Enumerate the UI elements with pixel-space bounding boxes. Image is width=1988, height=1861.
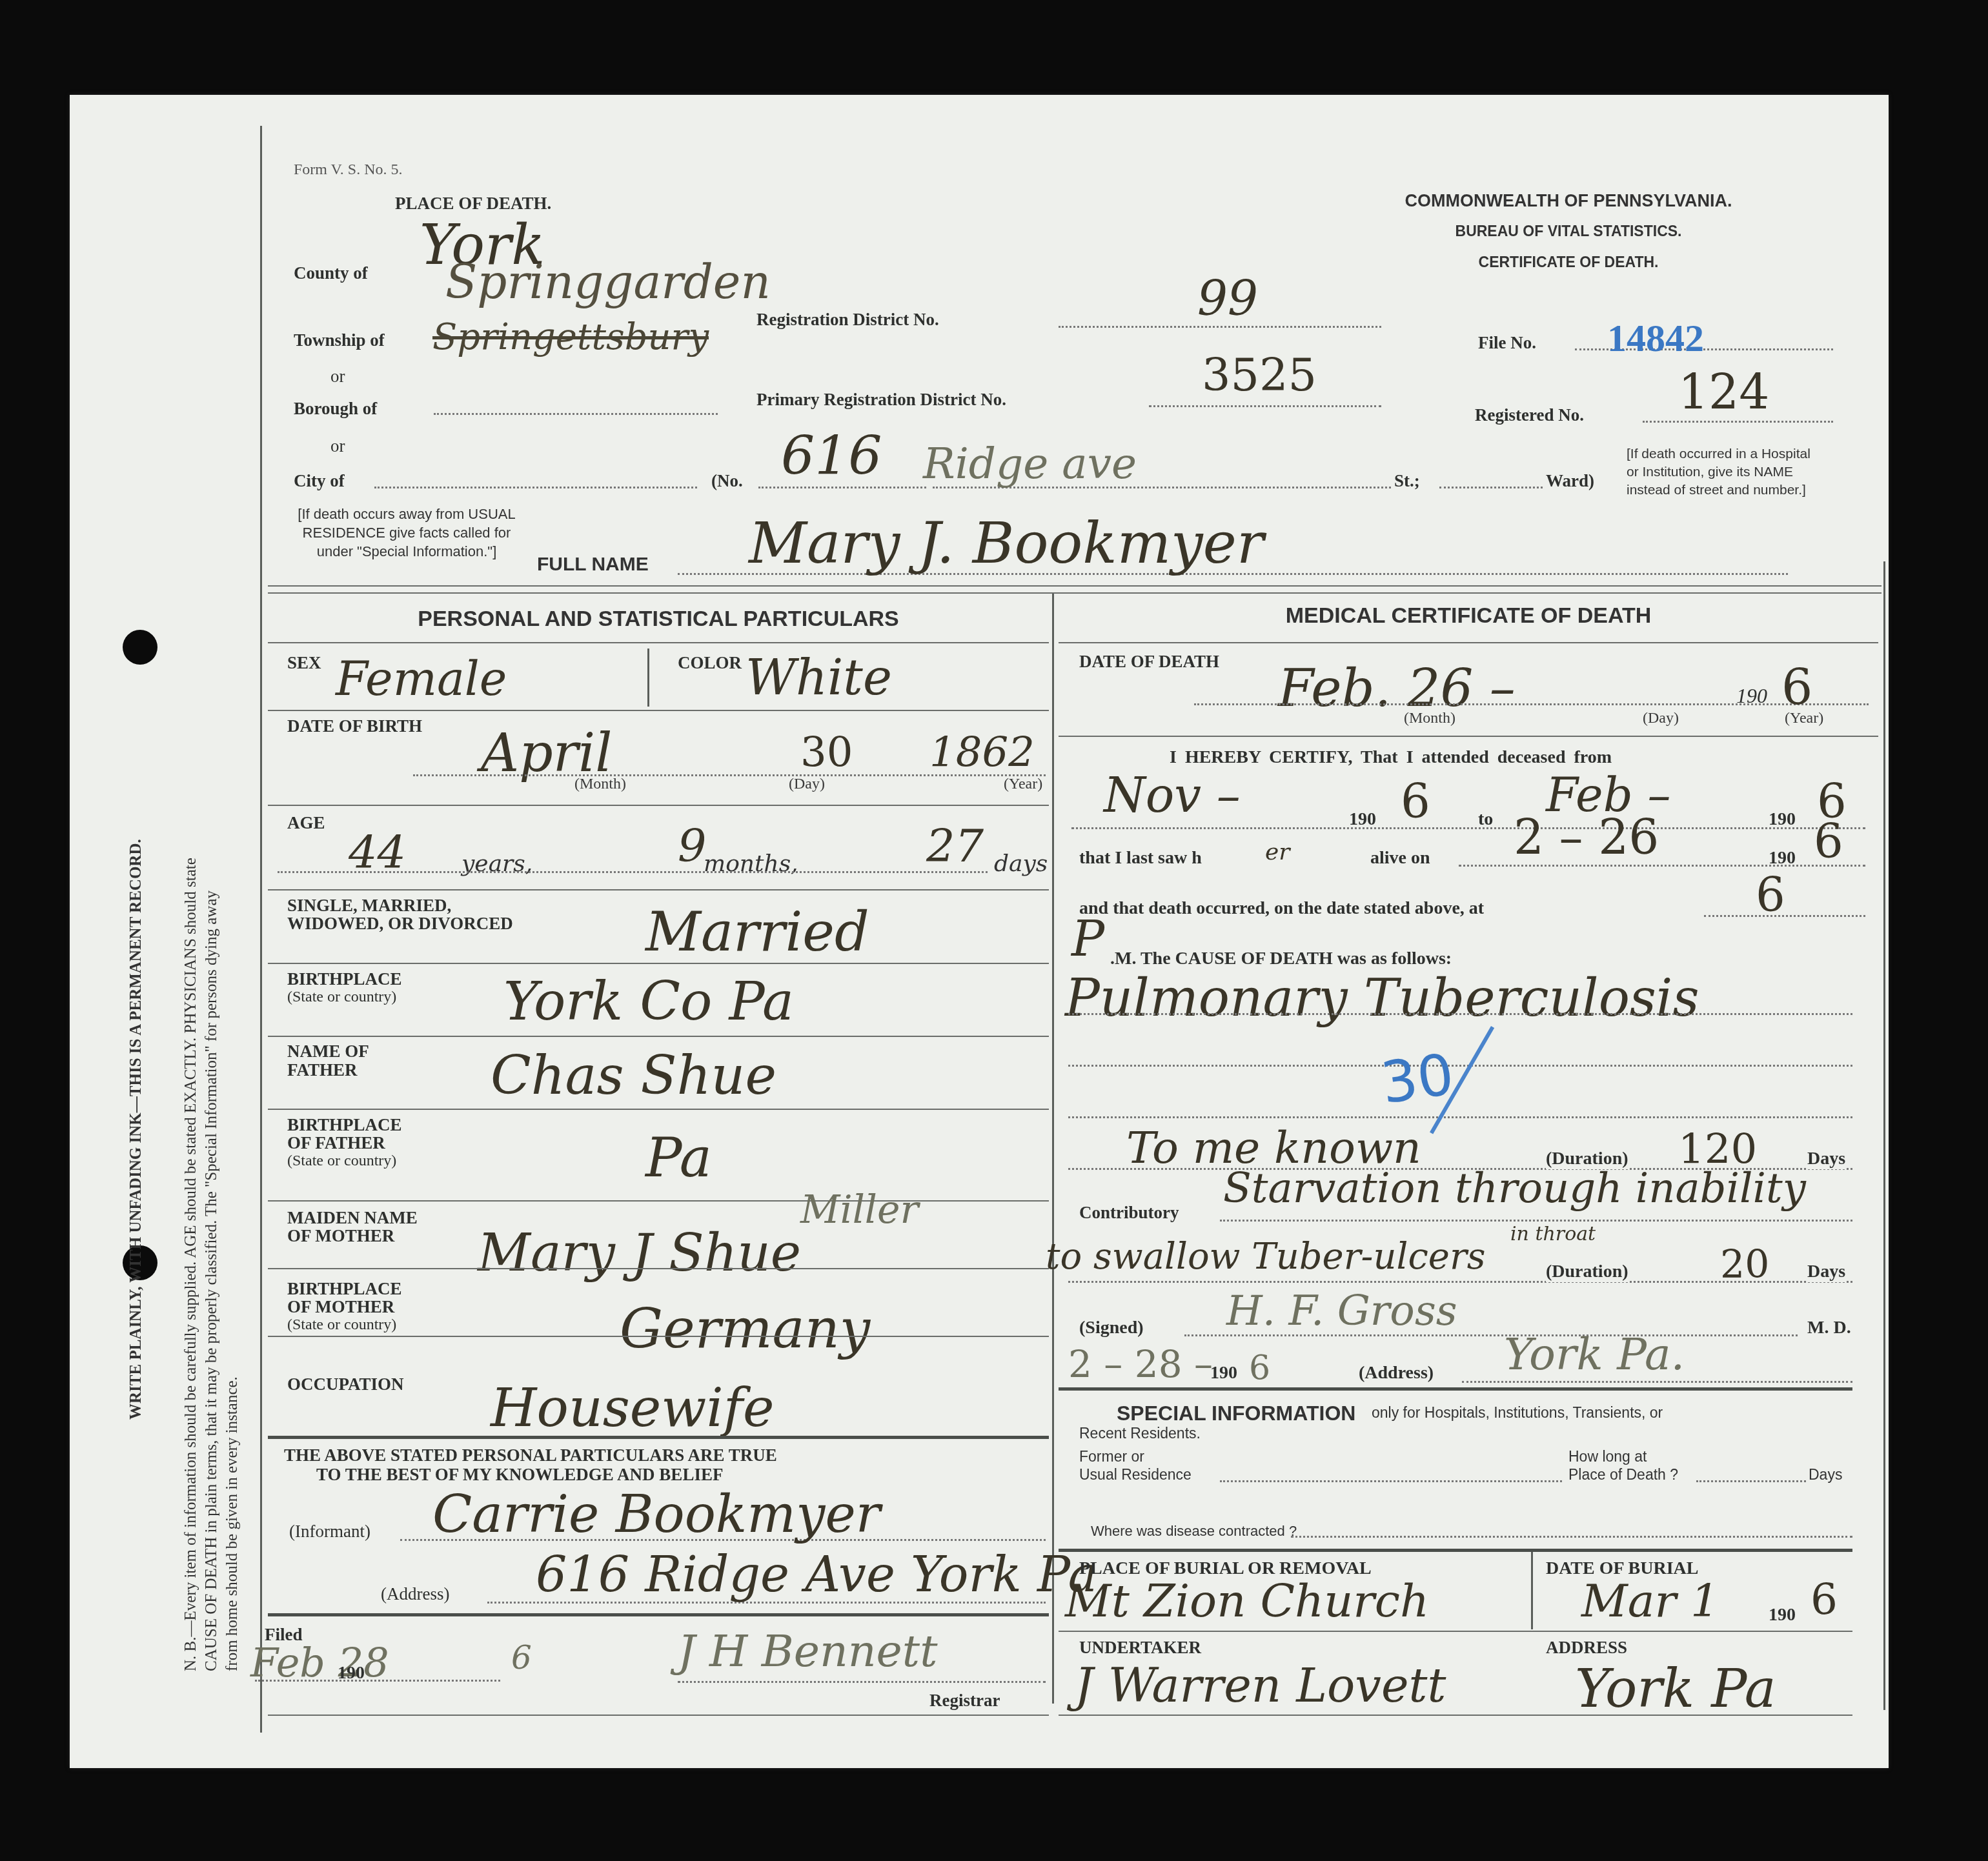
informant-address-label: (Address) — [381, 1584, 449, 1604]
column-divider — [1052, 594, 1054, 1704]
age-field[interactable] — [278, 871, 988, 873]
full-name-value: Mary J. Bookmyer — [749, 510, 1264, 576]
dob-day-value: 30 — [800, 729, 853, 777]
md-address-field[interactable] — [1462, 1381, 1852, 1383]
dod-field[interactable] — [1194, 703, 1869, 705]
right-border — [1883, 561, 1885, 1710]
attest-line-2: TO THE BEST OF MY KNOWLEDGE AND BELIEF — [316, 1465, 723, 1485]
sex-color-divider — [647, 649, 649, 707]
death-time-label: and that death occurred, on the date sta… — [1079, 898, 1484, 919]
certify-text: I HEREBY CERTIFY, That I attended deceas… — [1170, 747, 1612, 768]
county-label: County of — [294, 263, 368, 283]
undertaker-label: UNDERTAKER — [1079, 1638, 1201, 1658]
rule-after-burial — [1059, 1631, 1852, 1632]
rule-after-age — [268, 889, 1049, 890]
double-rule-top — [268, 585, 1882, 587]
mother-correction-value: Miller — [800, 1187, 918, 1232]
cause-label: .M. The CAUSE OF DEATH was as follows: — [1110, 949, 1452, 969]
undertaker-address-value: York Pa — [1575, 1658, 1776, 1720]
cause-field-2[interactable] — [1068, 1065, 1852, 1067]
registered-no-value: 124 — [1678, 365, 1769, 420]
occupation-value: Housewife — [491, 1378, 775, 1439]
city-field[interactable] — [374, 487, 697, 488]
undertaker-value: J Warren Lovett — [1075, 1658, 1446, 1713]
rule-bottom — [268, 1715, 1049, 1716]
rule-medical-header — [1059, 642, 1878, 643]
double-rule-bottom — [268, 592, 1882, 594]
informant-address-value: 616 Ridge Ave York Pa — [536, 1545, 1097, 1603]
rule-personal-header — [268, 642, 1049, 643]
filed-field[interactable] — [255, 1680, 500, 1682]
signed-year-prefix: 190 — [1210, 1363, 1237, 1383]
margin-note-line2: N. B.—Every item of information should b… — [182, 858, 200, 1671]
ward-field[interactable] — [1439, 487, 1543, 488]
file-no-label: File No. — [1478, 333, 1536, 353]
punch-hole-top — [123, 630, 157, 665]
dob-field[interactable] — [413, 774, 1046, 776]
rule-after-dob — [268, 805, 1049, 806]
attended-from-year: 6 — [1401, 774, 1430, 829]
last-saw-pronoun: er — [1265, 839, 1290, 865]
father-birthplace-caption: (State or country) — [287, 1152, 396, 1170]
birthplace-value: York Co Pa — [503, 971, 794, 1032]
header-bureau: BUREAU OF VITAL STATISTICS. — [1317, 223, 1820, 240]
dob-year-caption: (Year) — [1004, 776, 1042, 793]
sex-value: Female — [336, 652, 507, 706]
dob-label: DATE OF BIRTH — [287, 716, 422, 736]
special-info-subtitle: only for Hospitals, Institutions, Transi… — [1372, 1404, 1663, 1422]
rule-after-signed — [1059, 1387, 1852, 1391]
contributory-field-1[interactable] — [1220, 1220, 1852, 1222]
undertaker-address-label: ADDRESS — [1546, 1638, 1627, 1658]
burial-year-prefix: 190 — [1769, 1605, 1796, 1625]
rule-before-burial — [1059, 1549, 1852, 1552]
form-id: Form V. S. No. 5. — [294, 161, 403, 179]
no-label: (No. — [711, 471, 743, 491]
mother-birthplace-value: Germany — [620, 1297, 870, 1360]
signed-year-suffix: 6 — [1249, 1349, 1270, 1387]
mother-value: Mary J Shue — [478, 1223, 801, 1283]
burial-place-value: Mt Zion Church — [1065, 1574, 1429, 1627]
cause-value: Pulmonary Tuberculosis — [1065, 968, 1699, 1028]
dod-label: DATE OF DEATH — [1079, 652, 1219, 672]
rule-after-mother-bp — [268, 1336, 1049, 1337]
registered-no-field[interactable] — [1643, 421, 1833, 423]
attest-line-1: THE ABOVE STATED PERSONAL PARTICULARS AR… — [284, 1445, 777, 1465]
meridiem-value: P — [1071, 910, 1104, 967]
mother-birthplace-label-1: BIRTHPLACE — [287, 1279, 402, 1299]
special-info-title: SPECIAL INFORMATION — [1117, 1402, 1355, 1425]
rule-after-birthplace — [268, 1036, 1049, 1037]
dod-day-caption: (Day) — [1643, 710, 1679, 727]
last-saw-date: 2 – 26 — [1514, 810, 1659, 865]
street-no-value: 616 — [781, 426, 882, 487]
duration-2-days: Days — [1807, 1262, 1845, 1282]
father-birthplace-label-1: BIRTHPLACE — [287, 1115, 402, 1135]
father-birthplace-value: Pa — [645, 1126, 712, 1189]
cause-field-3[interactable] — [1068, 1116, 1852, 1118]
mother-birthplace-label-2: OF MOTHER — [287, 1297, 394, 1317]
dob-year-value: 1862 — [929, 729, 1035, 777]
township-value: Springgarden — [445, 255, 771, 309]
rule-after-mother — [268, 1268, 1049, 1269]
duration-1-days: Days — [1807, 1149, 1845, 1169]
attended-from-value: Nov – — [1104, 768, 1241, 823]
rule-after-undertaker — [1059, 1715, 1852, 1716]
last-saw-year: 6 — [1814, 814, 1843, 869]
dob-day-caption: (Day) — [789, 776, 825, 793]
contributory-label: Contributory — [1079, 1203, 1179, 1223]
former-residence-label-2: Usual Residence — [1079, 1466, 1192, 1484]
attended-to-year-prefix: 190 — [1769, 809, 1796, 830]
street-value: Ridge ave — [923, 439, 1137, 488]
informant-value: Carrie Bookmyer — [432, 1484, 880, 1544]
filed-year-suffix: 6 — [511, 1639, 532, 1676]
registered-no-label: Registered No. — [1475, 405, 1584, 425]
residence-note: [If death occurs away from USUAL RESIDEN… — [284, 505, 529, 561]
how-long-days: Days — [1809, 1466, 1842, 1484]
age-days-value: 27 — [926, 820, 984, 872]
reg-district-label: Registration District No. — [756, 310, 939, 330]
hospital-note: [If death occurred in a Hospital or Inst… — [1627, 445, 1814, 499]
attended-to-label: to — [1478, 809, 1493, 830]
birthplace-caption: (State or country) — [287, 989, 396, 1006]
father-label-2: FATHER — [287, 1060, 358, 1080]
borough-field[interactable] — [434, 413, 718, 415]
dod-year-suffix: 6 — [1781, 658, 1812, 716]
color-value: White — [745, 649, 892, 706]
age-label: AGE — [287, 813, 325, 833]
how-long-label-1: How long at — [1568, 1448, 1647, 1465]
rule-after-father-bp — [268, 1200, 1049, 1202]
contributory-line-2: to swallow Tuber-ulcers — [1046, 1236, 1485, 1278]
margin-note-line3: CAUSE OF DEATH in plain terms, that it m… — [203, 890, 221, 1671]
death-time-value: 6 — [1756, 868, 1785, 922]
birthplace-label: BIRTHPLACE — [287, 969, 402, 989]
rule-after-father — [268, 1109, 1049, 1110]
ward-label: Ward) — [1546, 471, 1594, 491]
mother-label-2: OF MOTHER — [287, 1226, 394, 1246]
duration-2-label: (Duration) — [1546, 1262, 1628, 1282]
informant-label: (Informant) — [289, 1522, 370, 1542]
burial-divider — [1531, 1552, 1533, 1629]
medical-section-title: MEDICAL CERTIFICATE OF DEATH — [1059, 603, 1878, 629]
father-birthplace-label-2: OF FATHER — [287, 1133, 385, 1153]
attended-from-year-prefix: 190 — [1349, 809, 1376, 830]
how-long-label-2: Place of Death ? — [1568, 1466, 1678, 1484]
md-address-value: York Pa. — [1504, 1329, 1685, 1380]
duration-2-value: 20 — [1720, 1242, 1769, 1287]
last-saw-label: that I last saw h — [1079, 848, 1202, 869]
how-long-field[interactable] — [1696, 1480, 1806, 1482]
father-label-1: NAME OF — [287, 1041, 369, 1061]
md-address-label: (Address) — [1359, 1363, 1434, 1383]
contributory-insert: in throat — [1510, 1223, 1596, 1245]
rule-after-informant — [268, 1613, 1049, 1616]
full-name-label: FULL NAME — [537, 554, 649, 576]
special-info-subtitle-2: Recent Residents. — [1079, 1425, 1201, 1442]
contracted-field[interactable] — [1291, 1536, 1852, 1538]
burial-year-suffix: 6 — [1811, 1574, 1838, 1624]
header-commonwealth: COMMONWEALTH OF PENNSYLVANIA. — [1317, 191, 1820, 211]
signed-label: (Signed) — [1079, 1318, 1144, 1338]
former-residence-label-1: Former or — [1079, 1448, 1144, 1465]
left-border — [260, 126, 262, 1733]
signed-date: 2 – 28 – — [1068, 1342, 1213, 1386]
primary-reg-label: Primary Registration District No. — [756, 390, 1006, 410]
marital-value: Married — [645, 900, 869, 963]
contracted-label: Where was disease contracted ? — [1091, 1523, 1297, 1540]
marital-label-1: SINGLE, MARRIED, — [287, 896, 451, 916]
sex-label: SEX — [287, 653, 321, 673]
father-value: Chas Shue — [491, 1045, 776, 1107]
color-label: COLOR — [678, 653, 742, 673]
personal-section-title: PERSONAL AND STATISTICAL PARTICULARS — [268, 607, 1049, 632]
or-label-2: or — [330, 436, 345, 456]
rule-after-marital — [268, 963, 1049, 964]
former-residence-field[interactable] — [1220, 1480, 1562, 1482]
dob-month-caption: (Month) — [574, 776, 626, 793]
dod-year-caption: (Year) — [1785, 710, 1823, 727]
borough-label: Borough of — [294, 399, 377, 419]
reg-district-value: 99 — [1197, 271, 1258, 327]
burial-date-value: Mar 1 — [1581, 1574, 1719, 1627]
cause-field-1[interactable] — [1068, 1013, 1852, 1015]
header-certificate: CERTIFICATE OF DEATH. — [1317, 254, 1820, 271]
rule-after-sex — [268, 710, 1049, 711]
age-months-value: 9 — [678, 820, 707, 872]
contributory-line-1: Starvation through inability — [1223, 1165, 1806, 1212]
primary-reg-value: 3525 — [1202, 348, 1317, 401]
margin-note-permanent: WRITE PLAINLY, WITH UNFADING INK—THIS IS… — [127, 839, 145, 1420]
dod-year-prefix: 190 — [1736, 684, 1767, 708]
filed-year-prefix: 190 — [338, 1663, 365, 1684]
md-label: M. D. — [1807, 1318, 1851, 1338]
registrar-label: Registrar — [929, 1691, 1000, 1711]
primary-reg-field[interactable] — [1149, 405, 1381, 407]
dod-value: Feb. 26 – — [1278, 658, 1516, 718]
rule-after-occupation — [268, 1436, 1049, 1439]
file-no-value: 14842 — [1607, 316, 1704, 361]
mother-birthplace-caption: (State or country) — [287, 1316, 396, 1334]
alive-on-label: alive on — [1370, 848, 1430, 869]
marital-label-2: WIDOWED, OR DIVORCED — [287, 914, 513, 934]
township-label: Township of — [294, 330, 385, 350]
signed-value: H. F. Gross — [1226, 1287, 1457, 1335]
margin-note-line4: from home should be given in every insta… — [223, 1376, 241, 1671]
last-saw-year-prefix: 190 — [1769, 848, 1796, 869]
place-of-death-title: PLACE OF DEATH. — [395, 194, 551, 214]
st-label: St.; — [1394, 471, 1420, 491]
or-label-1: or — [330, 367, 345, 387]
city-label: City of — [294, 471, 345, 491]
occupation-label: OCCUPATION — [287, 1374, 404, 1394]
dod-month-caption: (Month) — [1404, 710, 1455, 727]
attended-from-field[interactable] — [1071, 827, 1865, 829]
days-label: days — [994, 850, 1048, 877]
mother-label-1: MAIDEN NAME — [287, 1208, 418, 1228]
registrar-field[interactable] — [678, 1681, 1046, 1683]
registrar-signature: J H Bennett — [678, 1626, 938, 1677]
township-struck-value: Springettsbury — [432, 316, 709, 358]
rule-after-dod — [1059, 736, 1878, 737]
